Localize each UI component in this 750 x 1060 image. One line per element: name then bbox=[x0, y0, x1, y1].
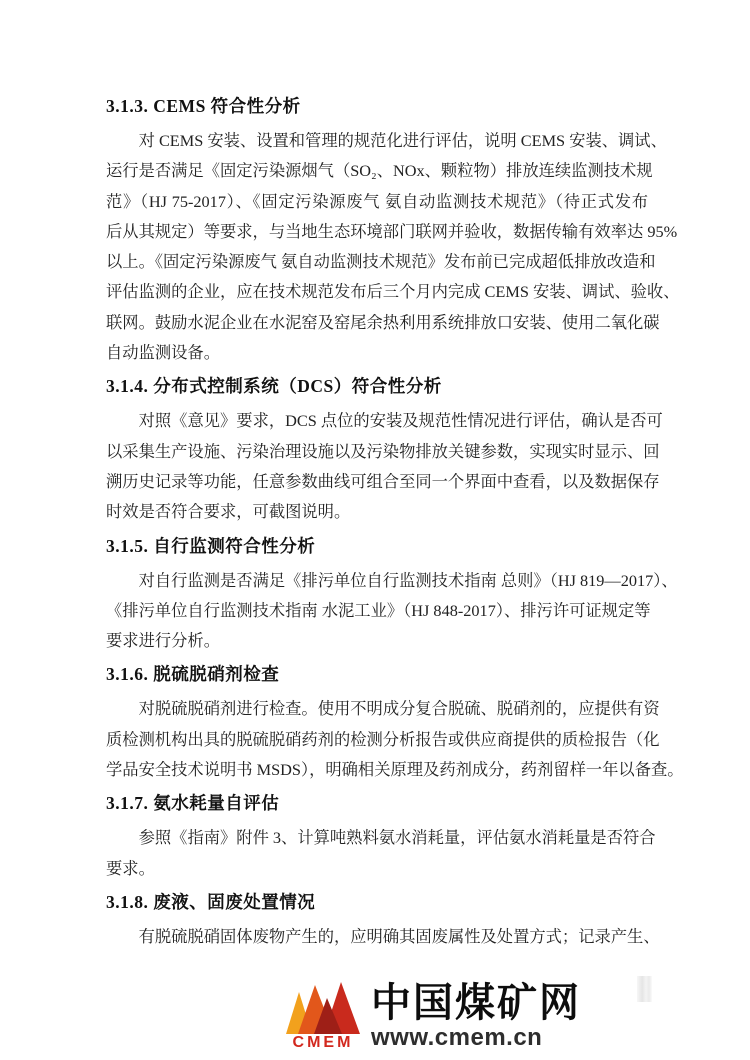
body-line: 溯历史记录等功能，任意参数曲线可组合至同一个界面中查看，以及数据保存 bbox=[106, 467, 648, 497]
body-line: 要求进行分析。 bbox=[106, 626, 648, 656]
body-line: 评估监测的企业，应在技术规范发布后三个月内完成 CEMS 安装、调试、验收、 bbox=[106, 277, 648, 307]
section-heading: 3.1.8. 废液、固废处置情况 bbox=[106, 888, 648, 916]
paragraph: 对 CEMS 安装、设置和管理的规范化进行评估，说明 CEMS 安装、调试、 运… bbox=[106, 126, 648, 368]
section-heading: 3.1.5. 自行监测符合性分析 bbox=[106, 532, 648, 560]
body-line: 联网。鼓励水泥企业在水泥窑及窑尾余热利用系统排放口安装、使用二氧化碳 bbox=[106, 308, 648, 338]
body-line: 对照《意见》要求，DCS 点位的安装及规范性情况进行评估，确认是否可 bbox=[106, 406, 648, 436]
body-line: 要求。 bbox=[106, 854, 648, 884]
section-3-1-7: 3.1.7. 氨水耗量自评估 参照《指南》附件 3、计算吨熟料氨水消耗量，评估氨… bbox=[106, 789, 648, 884]
body-line: 自动监测设备。 bbox=[106, 338, 648, 368]
body-line: 参照《指南》附件 3、计算吨熟料氨水消耗量，评估氨水消耗量是否符合 bbox=[106, 823, 648, 853]
brand-acronym: CMEM bbox=[293, 1035, 354, 1051]
body-line: 对 CEMS 安装、设置和管理的规范化进行评估，说明 CEMS 安装、调试、 bbox=[106, 126, 648, 156]
body-line: 对自行监测是否满足《排污单位自行监测技术指南 总则》（HJ 819—2017）、 bbox=[106, 566, 648, 596]
logo-text-block: 中国煤矿网 www.cmem.cn bbox=[371, 981, 581, 1051]
section-3-1-6: 3.1.6. 脱硫脱硝剂检查 对脱硫脱硝剂进行检查。使用不明成分复合脱硫、脱硝剂… bbox=[106, 660, 648, 785]
section-3-1-5: 3.1.5. 自行监测符合性分析 对自行监测是否满足《排污单位自行监测技术指南 … bbox=[106, 532, 648, 657]
paragraph: 有脱硫脱硝固体废物产生的，应明确其固废属性及处置方式；记录产生、 bbox=[106, 922, 648, 952]
paragraph: 对脱硫脱硝剂进行检查。使用不明成分复合脱硫、脱硝剂的，应提供有资 质检测机构出具… bbox=[106, 694, 648, 785]
section-3-1-4: 3.1.4. 分布式控制系统（DCS）符合性分析 对照《意见》要求，DCS 点位… bbox=[106, 372, 648, 527]
body-line: 对脱硫脱硝剂进行检查。使用不明成分复合脱硫、脱硝剂的，应提供有资 bbox=[106, 694, 648, 724]
paragraph: 对自行监测是否满足《排污单位自行监测技术指南 总则》（HJ 819—2017）、… bbox=[106, 566, 648, 657]
document-body: 3.1.3. CEMS 符合性分析 对 CEMS 安装、设置和管理的规范化进行评… bbox=[106, 88, 648, 952]
section-heading: 3.1.3. CEMS 符合性分析 bbox=[106, 92, 648, 120]
paragraph: 对照《意见》要求，DCS 点位的安装及规范性情况进行评估，确认是否可 以采集生产… bbox=[106, 406, 648, 527]
section-3-1-3: 3.1.3. CEMS 符合性分析 对 CEMS 安装、设置和管理的规范化进行评… bbox=[106, 92, 648, 368]
body-line: 后从其规定）等要求，与当地生态环境部门联网并验收，数据传输有效率达 95% bbox=[106, 217, 648, 247]
section-heading: 3.1.7. 氨水耗量自评估 bbox=[106, 789, 648, 817]
body-line: 范》（HJ 75-2017）、《固定污染源废气 氨自动监测技术规范》（待正式发布 bbox=[106, 187, 648, 217]
body-line: 质检测机构出具的脱硫脱硝药剂的检测分析报告或供应商提供的质检报告（化 bbox=[106, 725, 648, 755]
brand-website: www.cmem.cn bbox=[371, 1025, 581, 1051]
document-page: 3.1.3. CEMS 符合性分析 对 CEMS 安装、设置和管理的规范化进行评… bbox=[0, 0, 750, 1060]
body-line: 有脱硫脱硝固体废物产生的，应明确其固废属性及处置方式；记录产生、 bbox=[106, 922, 648, 952]
cmem-watermark-logo: CMEM 中国煤矿网 www.cmem.cn bbox=[283, 980, 581, 1051]
body-line: 以上。《固定污染源废气 氨自动监测技术规范》发布前已完成超低排放改造和 bbox=[106, 247, 648, 277]
paragraph: 参照《指南》附件 3、计算吨熟料氨水消耗量，评估氨水消耗量是否符合 要求。 bbox=[106, 823, 648, 884]
body-line: 运行是否满足《固定污染源烟气（SO₂、NOx、颗粒物）排放连续监测技术规 bbox=[106, 156, 648, 186]
logo-icon-block: CMEM bbox=[283, 980, 363, 1051]
scan-artifact bbox=[637, 976, 652, 1002]
body-line: 以采集生产设施、污染治理设施以及污染物排放关键参数，实现实时显示、回 bbox=[106, 437, 648, 467]
section-heading: 3.1.4. 分布式控制系统（DCS）符合性分析 bbox=[106, 372, 648, 400]
mountain-logo-icon bbox=[284, 980, 362, 1034]
brand-name: 中国煤矿网 bbox=[371, 981, 581, 1025]
body-line: 时效是否符合要求，可截图说明。 bbox=[106, 497, 648, 527]
section-heading: 3.1.6. 脱硫脱硝剂检查 bbox=[106, 660, 648, 688]
body-line: 《排污单位自行监测技术指南 水泥工业》（HJ 848-2017）、排污许可证规定… bbox=[106, 596, 648, 626]
body-line: 学品安全技术说明书 MSDS），明确相关原理及药剂成分，药剂留样一年以备查。 bbox=[106, 755, 648, 785]
section-3-1-8: 3.1.8. 废液、固废处置情况 有脱硫脱硝固体废物产生的，应明确其固废属性及处… bbox=[106, 888, 648, 952]
